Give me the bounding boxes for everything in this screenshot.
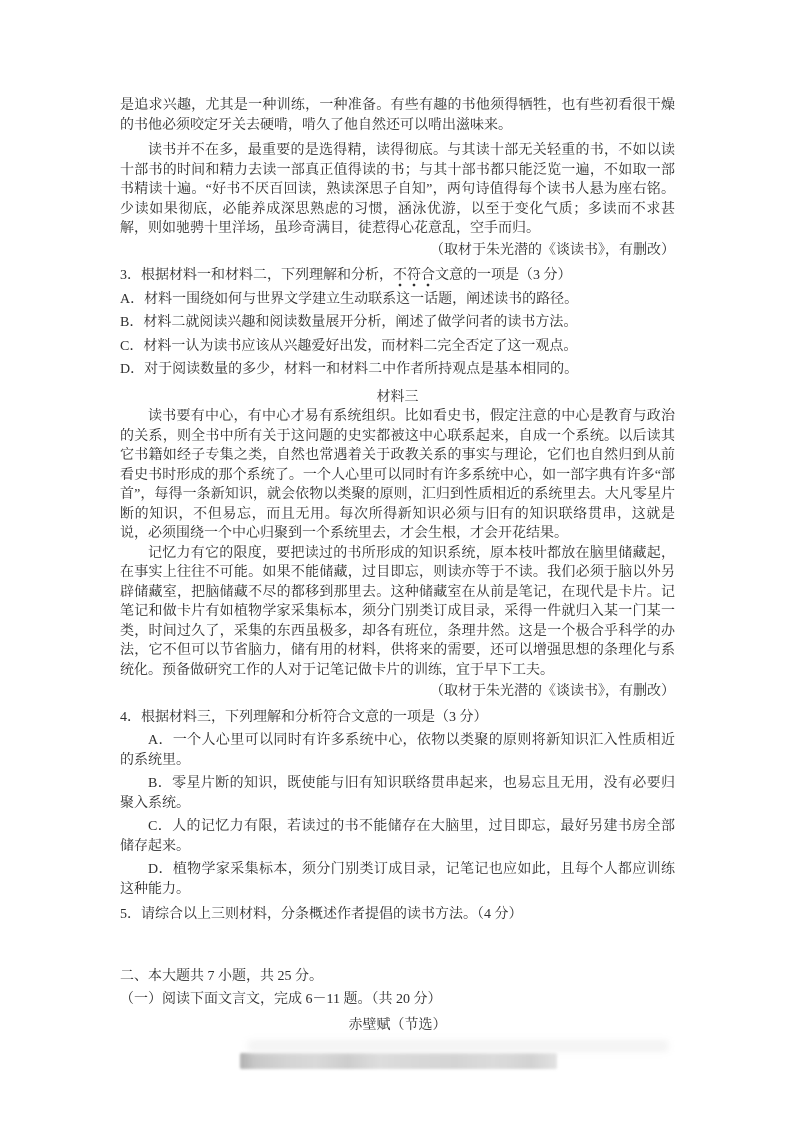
question-3-stem-suffix: 文意的一项是（3 分） (435, 268, 572, 283)
question-3-stem: 3．根据材料一和材料二，下列理解和分析，不符合文意的一项是（3 分） (120, 266, 675, 286)
question-4-stem: 4．根据材料三，下列理解和分析符合文意的一项是（3 分） (120, 708, 675, 728)
question-4-option-c: C．人的记忆力有限，若读过的书不能储存在大脑里，过目即忘，最好另建书房全部储存起… (120, 817, 675, 856)
exam-page: 是追求兴趣，尤其是一种训练，一种准备。有些有趣的书他须得牺牲，也有些初看很干燥的… (0, 0, 793, 1122)
question-3-option-b: B．材料二就阅读兴趣和阅读数量展开分析，阐述了做学问者的读书方法。 (120, 313, 675, 333)
material-3-paragraph-2: 记忆力有它的限度，要把读过的书所形成的知识系统，原本枝叶都放在脑里储藏起，在事实… (120, 544, 675, 681)
reading-advice-paragraph: 读书并不在多，最重要的是选得精，读得彻底。与其读十部无关轻重的书，不如以读十部书… (120, 141, 675, 239)
source-attribution-1: （取材于朱光潜的《谈读书》，有删改） (120, 241, 675, 261)
question-3-option-c: C．材料一认为读书应该从兴趣爱好出发，而材料二完全否定了这一观点。 (120, 337, 675, 357)
section-2-subheading: （一）阅读下面文言文，完成 6－11 题。（共 20 分） (120, 990, 675, 1010)
section-2-heading: 二、本大题共 7 小题，共 25 分。 (120, 967, 675, 987)
question-4-option-b: B．零星片断的知识，既使能与旧有知识联络贯串起来，也易忘且无用，没有必要归聚入系… (120, 774, 675, 813)
material-3-paragraph-1: 读书要有中心，有中心才易有系统组织。比如看史书，假定注意的中心是教育与政治的关系… (120, 407, 675, 544)
question-5: 5．请综合以上三则材料，分条概述作者提倡的读书方法。（4 分） (120, 905, 675, 925)
question-3-stem-prefix: 3．根据材料一和材料二，下列理解和分析， (120, 268, 393, 283)
question-3-option-d: D．对于阅读数量的多少，材料一和材料二中作者所持观点是基本相同的。 (120, 360, 675, 380)
intro-continuation-paragraph: 是追求兴趣，尤其是一种训练，一种准备。有些有趣的书他须得牺牲，也有些初看很干燥的… (120, 96, 675, 135)
question-3-option-a: A．材料一围绕如何与世界文学建立生动联系这一话题，阐述读书的路径。 (120, 290, 675, 310)
question-3-stem-emphasis: 不符合 (393, 268, 435, 287)
source-attribution-2: （取材于朱光潜的《谈读书》，有删改） (120, 682, 675, 702)
essay-title: 赤壁赋（节选） (120, 1016, 675, 1036)
question-4-option-a: A．一个人心里可以同时有许多系统中心，依物以类聚的原则将新知识汇入性质相近的系统… (120, 731, 675, 770)
question-4-option-d: D．植物学家采集标本，须分门别类订成目录，记笔记也应如此，且每个人都应训练这种能… (120, 860, 675, 899)
material-3-heading: 材料三 (120, 388, 675, 408)
watermark-smudge (240, 1053, 557, 1069)
